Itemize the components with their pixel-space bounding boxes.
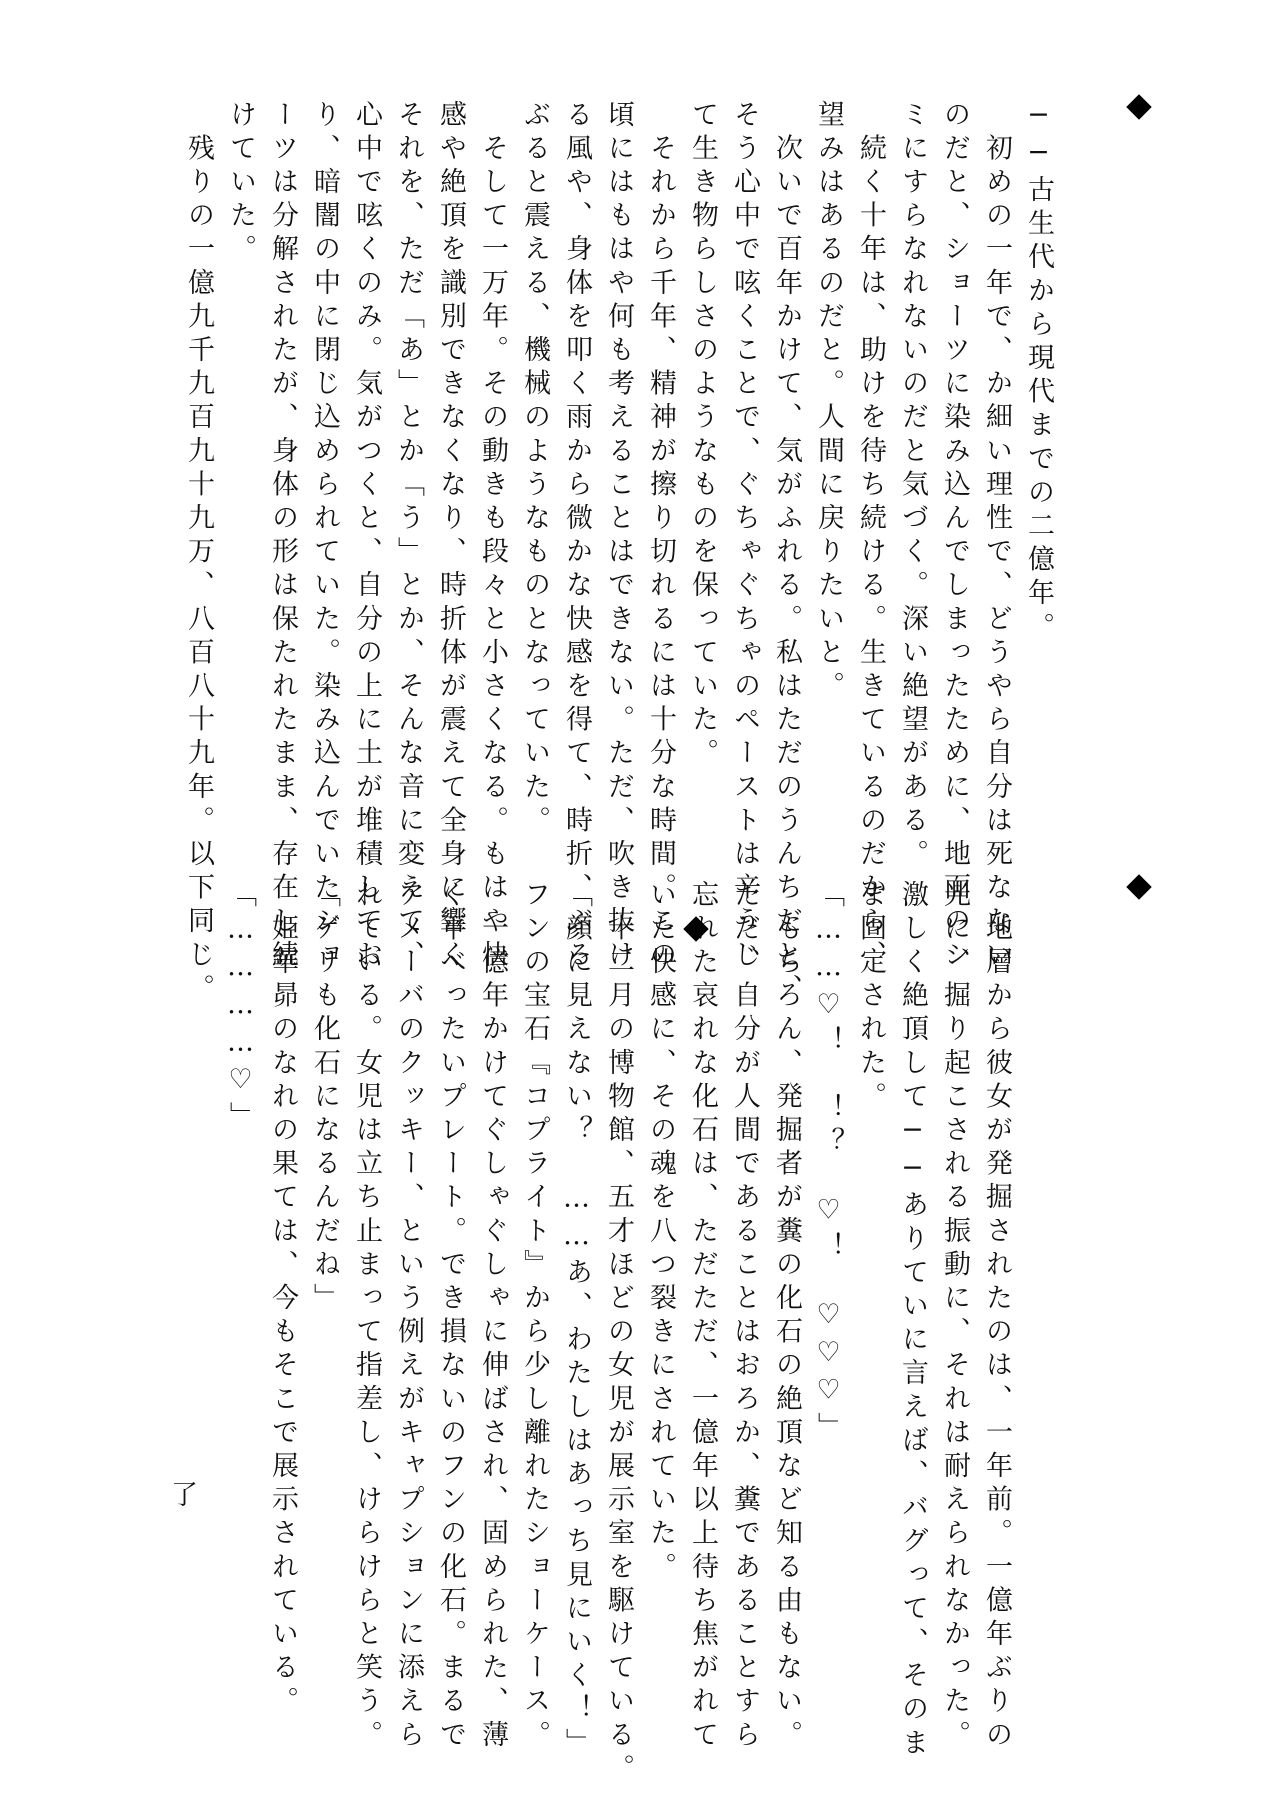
text-column: る風や、身体を叩く雨から微かな快感を得て、時折、ぶる	[563, 100, 590, 974]
section-diamond-icon	[1126, 94, 1151, 119]
text-column: 一億年かけてぐしゃぐしゃに伸ばされ、固められた、薄	[479, 880, 506, 1754]
text-column: 「ゲリも化石になるんだね」	[311, 880, 338, 1317]
text-column: 「…………♡」	[227, 880, 254, 1135]
text-column: アメーバのクッキー、という例えがキャプションに添えら	[395, 880, 422, 1754]
text-column: ま固定された。	[857, 880, 884, 1115]
text-column: 心中で呟くのみ。気がつくと、自分の上に土が堆積してお	[353, 100, 380, 974]
text-column: 忘れた哀れな化石は、ただただ、一億年以上待ち焦がれて	[689, 880, 716, 1754]
text-column: れている。女児は立ち止まって指差し、けらけらと笑う。	[353, 880, 380, 1754]
text-column: ミにすらなれないのだと気づく。深い絶望がある。	[899, 100, 926, 873]
text-column: 初めの一年で、か細い理性で、どうやら自分は死なない	[983, 100, 1010, 974]
text-column: のだと、ショーツに染み込んでしまったために、地面のシ	[941, 100, 968, 974]
text-column: 頃にはもはや何も考えることはできない。ただ、吹き抜け	[605, 100, 632, 974]
text-column: て生き物らしさのようなものを保っていた。	[689, 100, 716, 772]
text-column: 姫華昴のなれの果ては、今もそこで展示されている。	[269, 880, 296, 1720]
text-column: 地層から彼女が発掘されたのは、一年前。一億年ぶりの	[983, 880, 1010, 1754]
text-column: く平べったいプレート。でき損ないのフンの化石。まるで	[437, 880, 464, 1754]
bottom-section: 地層から彼女が発掘されたのは、一年前。一億年ぶりの 光に、掘り起こされる振動に、…	[150, 880, 1080, 1640]
end-mark: 了	[162, 1480, 201, 1507]
text-column: ぶると震える、機械のようなものとなっていた。	[521, 100, 548, 839]
text-column: 激しく絶頂して──ありていに言えば、バグって、そのま	[899, 880, 926, 1762]
text-column: 感や絶頂を識別できなくなり、時折体が震えて全身に響く	[437, 100, 464, 974]
section-diamond-icon	[1126, 874, 1151, 899]
text-column: 望みはあるのだと。人間に戻りたいと。	[815, 100, 842, 705]
text-column: 残りの一億九千九百九十九万、八百八十九年。以下同じ。	[185, 100, 212, 1007]
text-column: ただ、自分が人間であることはおろか、糞であることすら	[731, 880, 758, 1754]
text-column: いた快感に、その魂を八つ裂きにされていた。	[647, 880, 674, 1586]
text-column: 「……♡！ ！？ ♡！ ♡♡♡」	[815, 880, 842, 1446]
text-column: そう心中で呟くことで、ぐちゃぐちゃのペーストは辛うじ	[731, 100, 758, 974]
text-column: ーツは分解されたが、身体の形は保たれたまま、存在し続	[269, 100, 296, 974]
text-column: 「顔に見えない？ ……あ、わたしはあっち見にいく！」	[563, 880, 590, 1762]
text-column: フンの宝石『コプライト』から少し離れたショーケース。	[521, 880, 548, 1754]
text-column: けていた。	[227, 100, 254, 268]
top-section: ──古生代から現代までの二億年。 初めの一年で、か細い理性で、どうやら自分は死な…	[150, 100, 1080, 860]
text-column: ──古生代から現代までの二億年。	[1025, 100, 1052, 646]
text-column: 光に、掘り起こされる振動に、それは耐えられなかった。	[941, 880, 968, 1754]
text-column: それから千年、精神が擦り切れるには十分な時間。この	[647, 100, 674, 974]
text-column: 十二月の博物館、五才ほどの女児が展示室を駆けている。	[605, 880, 632, 1787]
text-column: 続く十年は、助けを待ち続ける。生きているのだから、	[857, 100, 884, 974]
text-column: り、暗闇の中に閉じ込められていた。染み込んでいたショ	[311, 100, 338, 974]
text-column: 次いで百年かけて、気がふれる。私はただのうんちだと、	[773, 100, 800, 1007]
text-column: もちろん、発掘者が糞の化石の絶頂など知る由もない。	[773, 880, 800, 1754]
text-column: そして一万年。その動きも段々と小さくなる。もはや快	[479, 100, 506, 974]
text-column: それを、ただ「あ」とか「う」とか、そんな音に変えて、	[395, 100, 422, 974]
